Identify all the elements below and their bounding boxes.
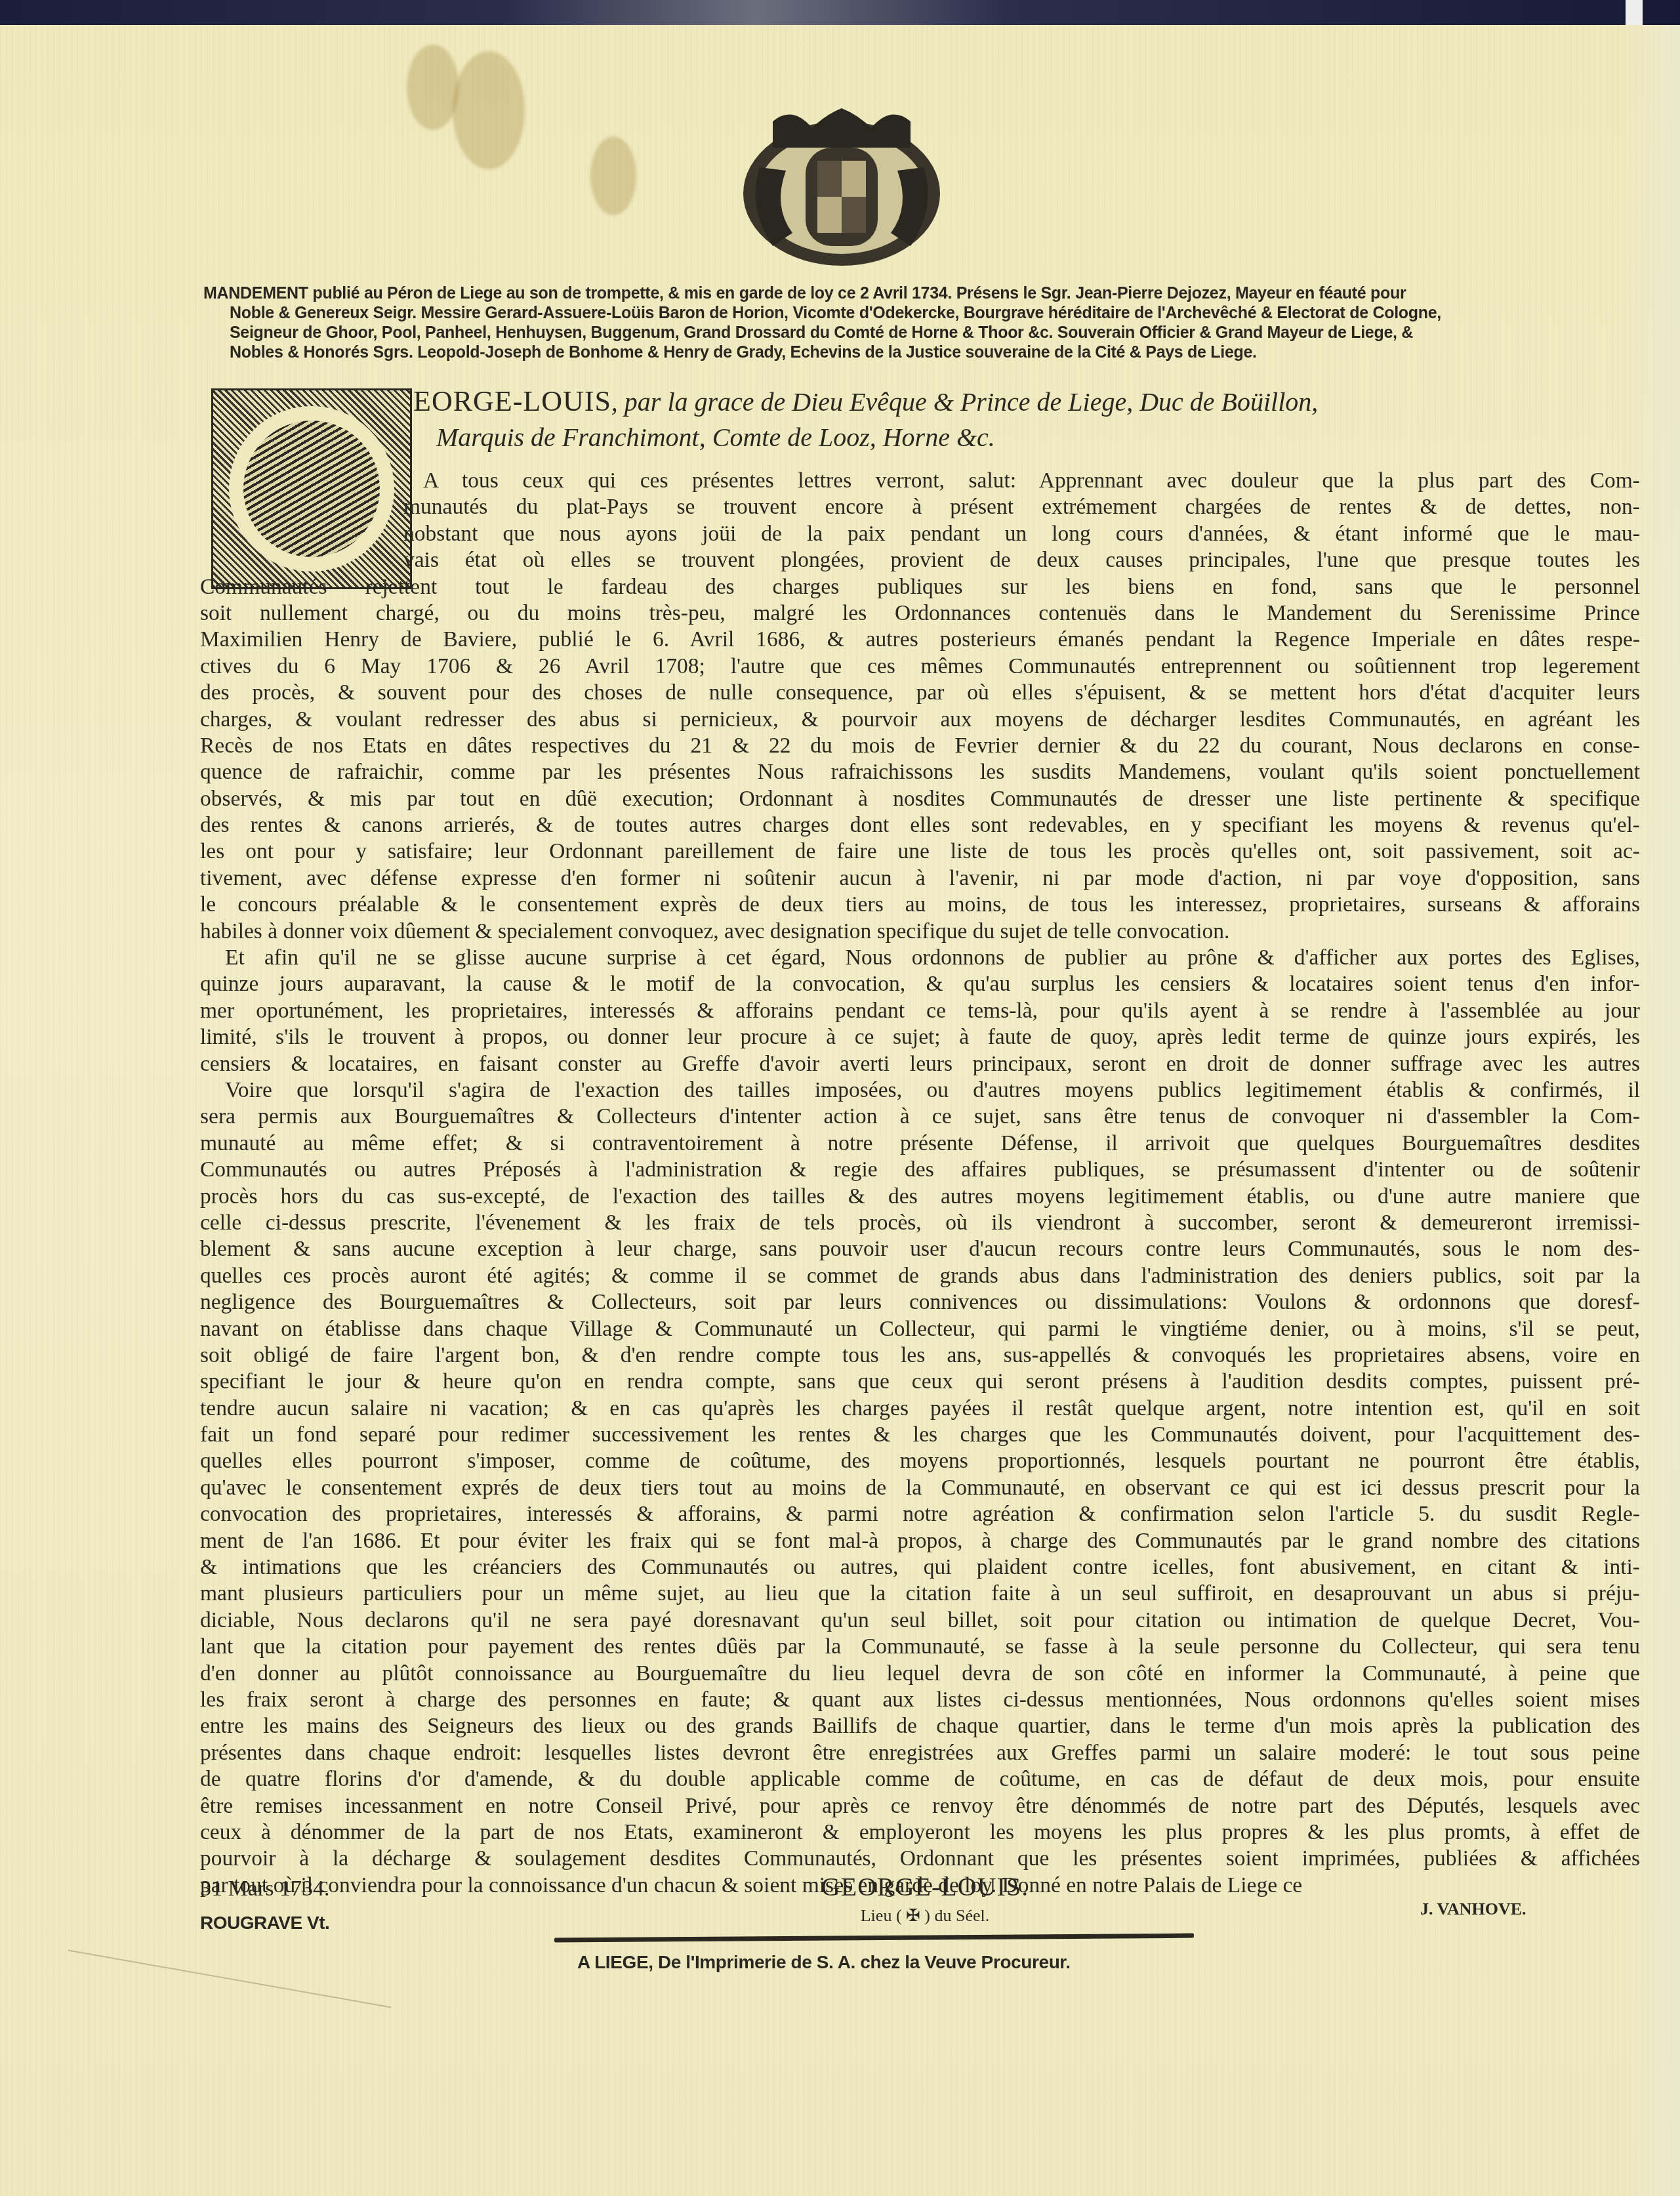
- body-text-line: qu'avec le consentement exprés de deux t…: [200, 1475, 1640, 1501]
- signature-vanhove: J. VANHOVE.: [1420, 1899, 1526, 1919]
- body-text-line: diciable, Nous declarons qu'il ne sera p…: [200, 1607, 1640, 1634]
- body-text-line: A tous ceux qui ces présentes lettres ve…: [200, 468, 1640, 494]
- body-text-line: soit obligé de faire l'argent bon, & d'e…: [200, 1342, 1640, 1369]
- body-text-line: ctives du 6 May 1706 & 26 Avril 1708; l'…: [200, 653, 1640, 680]
- body-text-line: présentes dans chaque endroit: lesquelle…: [200, 1740, 1640, 1766]
- body-text-line: d'en donner au plûtôt connoissance au Bo…: [200, 1661, 1640, 1687]
- header-line: Seigneur de Ghoor, Pool, Panheel, Henhuy…: [203, 323, 1424, 342]
- body-text-line: munautés du plat-Pays se trouvent encore…: [200, 494, 1640, 520]
- body-text-line: quinze jours auparavant, la cause & le m…: [200, 971, 1640, 997]
- body-text-line: des procès, & souvent pour des choses de…: [200, 680, 1640, 706]
- body-text-line: lant que la citation pour payement des r…: [200, 1634, 1640, 1660]
- body-text-line: limité, s'ils le trouvent à propos, ou d…: [200, 1024, 1640, 1050]
- body-text-line: specifiant le jour & heure qu'on en rend…: [200, 1369, 1640, 1395]
- body-text-line: celle ci-dessus prescrite, l'évenement &…: [200, 1210, 1640, 1236]
- prince-titles-line2: Marquis de Franchimont, Comte de Looz, H…: [436, 422, 995, 453]
- decree-body: A tous ceux qui ces présentes lettres ve…: [200, 468, 1640, 1899]
- body-text-line: sera permis aux Bourguemaîtres & Collect…: [200, 1104, 1640, 1130]
- body-text-line: blement & sans aucune exception à leur c…: [200, 1236, 1640, 1262]
- body-text-line: censiers & locataires, en faisant conste…: [200, 1051, 1640, 1077]
- body-text-line: les ont pour y satisfaire; leur Ordonnan…: [200, 839, 1640, 865]
- header-line: MANDEMENT publié au Péron de Liege au so…: [203, 283, 1424, 303]
- body-text-line: des rentes & canons arrierés, & de toute…: [200, 812, 1640, 839]
- body-text-line: de quatre florins d'or d'amende, & du do…: [200, 1766, 1640, 1792]
- body-text-line: fait un fond separé pour redimer success…: [200, 1422, 1640, 1448]
- body-text-line: être remises incessanment en notre Conse…: [200, 1793, 1640, 1819]
- body-text-line: le concours préalable & le consentement …: [200, 892, 1640, 918]
- header-line: Noble & Genereux Seigr. Messire Gerard-A…: [203, 303, 1424, 323]
- body-text-line: Et afin qu'il ne se glisse aucune surpri…: [200, 945, 1640, 971]
- body-text-line: entre les mains des Seigneurs des lieux …: [200, 1713, 1640, 1739]
- body-text-line: observés, & mis par tout en dûë executio…: [200, 786, 1640, 812]
- body-text-line: procès hors du cas sus-excepté, de l'exa…: [200, 1184, 1640, 1210]
- printer-imprint: A LIEGE, De l'Imprimerie de S. A. chez l…: [577, 1952, 1200, 1973]
- body-text-line: habiles à donner voix dûement & speciale…: [200, 919, 1640, 945]
- seal-placeholder: Lieu ( ✠ ) du Séel.: [656, 1906, 1194, 1926]
- body-text-line: mer oportunément, les proprietaires, int…: [200, 998, 1640, 1024]
- body-text-line: quence de rafraichir, comme par les prés…: [200, 759, 1640, 785]
- body-text-line: ment de l'an 1686. Et pour éviter les fr…: [200, 1528, 1640, 1554]
- water-stain: [453, 51, 525, 169]
- body-text-line: Maximilien Henry de Baviere, publié le 6…: [200, 627, 1640, 653]
- body-text-line: charges, & voulant redresser des abus si…: [200, 707, 1640, 733]
- body-text-line: soit nullement chargé, ou du moins très-…: [200, 600, 1640, 627]
- prince-titles: , par la grace de Dieu Evêque & Prince d…: [611, 387, 1318, 417]
- prince-name: EORGE-LOUIS: [413, 385, 611, 417]
- water-stain: [407, 45, 459, 130]
- body-text-line: munauté au même effet; & si contraventoi…: [200, 1130, 1640, 1157]
- body-text-line: navant on établisse dans chaque Village …: [200, 1316, 1640, 1342]
- body-text-line: Communautés ou autres Préposés à l'admin…: [200, 1157, 1640, 1183]
- coat-of-arms-icon: [733, 108, 950, 269]
- body-text-line: quelles elles pourront s'imposer, comme …: [200, 1448, 1640, 1474]
- body-text-line: Communautés rejettent tout le fardeau de…: [200, 574, 1640, 600]
- water-stain: [590, 136, 636, 215]
- signature-prince: GEORGE-LOUIS.: [656, 1871, 1194, 1902]
- decree-title: EORGE-LOUIS, par la grace de Dieu Evêque…: [413, 384, 1647, 420]
- body-text-line: mant plusieurs particuliers pour un même…: [200, 1581, 1640, 1607]
- body-text-line: convocation des proprietaires, interessé…: [200, 1501, 1640, 1527]
- mandement-header: MANDEMENT publié au Péron de Liege au so…: [203, 283, 1424, 362]
- body-text-line: Voire que lorsqu'il s'agira de l'exactio…: [200, 1077, 1640, 1104]
- body-text-line: les fraix seront à charge des personnes …: [200, 1687, 1640, 1713]
- signature-rougrave: ROUGRAVE Vt.: [200, 1913, 329, 1934]
- decree-date: 31 Mars 1734.: [200, 1876, 329, 1901]
- body-text-line: ceux à dénommer de la part de nos Etats,…: [200, 1819, 1640, 1846]
- body-text-line: & intimations que les créanciers des Com…: [200, 1554, 1640, 1581]
- body-text-line: quelles ces procès auront été agités; & …: [200, 1263, 1640, 1289]
- header-line: Nobles & Honorés Sgrs. Leopold-Joseph de…: [203, 342, 1424, 362]
- body-text-line: tendre aucun salaire ni vacation; & en c…: [200, 1396, 1640, 1422]
- body-text-line: nobstant que nous ayons joüi de la paix …: [200, 521, 1640, 547]
- body-text-line: tivement, avec défense expresse d'en for…: [200, 865, 1640, 892]
- body-text-line: pourvoir à la décharge & soulagement des…: [200, 1846, 1640, 1872]
- body-text-line: Recès de nos Etats en dâtes respectives …: [200, 733, 1640, 759]
- body-text-line: negligence des Bourguemaîtres & Collecte…: [200, 1289, 1640, 1316]
- body-text-line: vais état où elles se trouvent plongées,…: [200, 547, 1640, 573]
